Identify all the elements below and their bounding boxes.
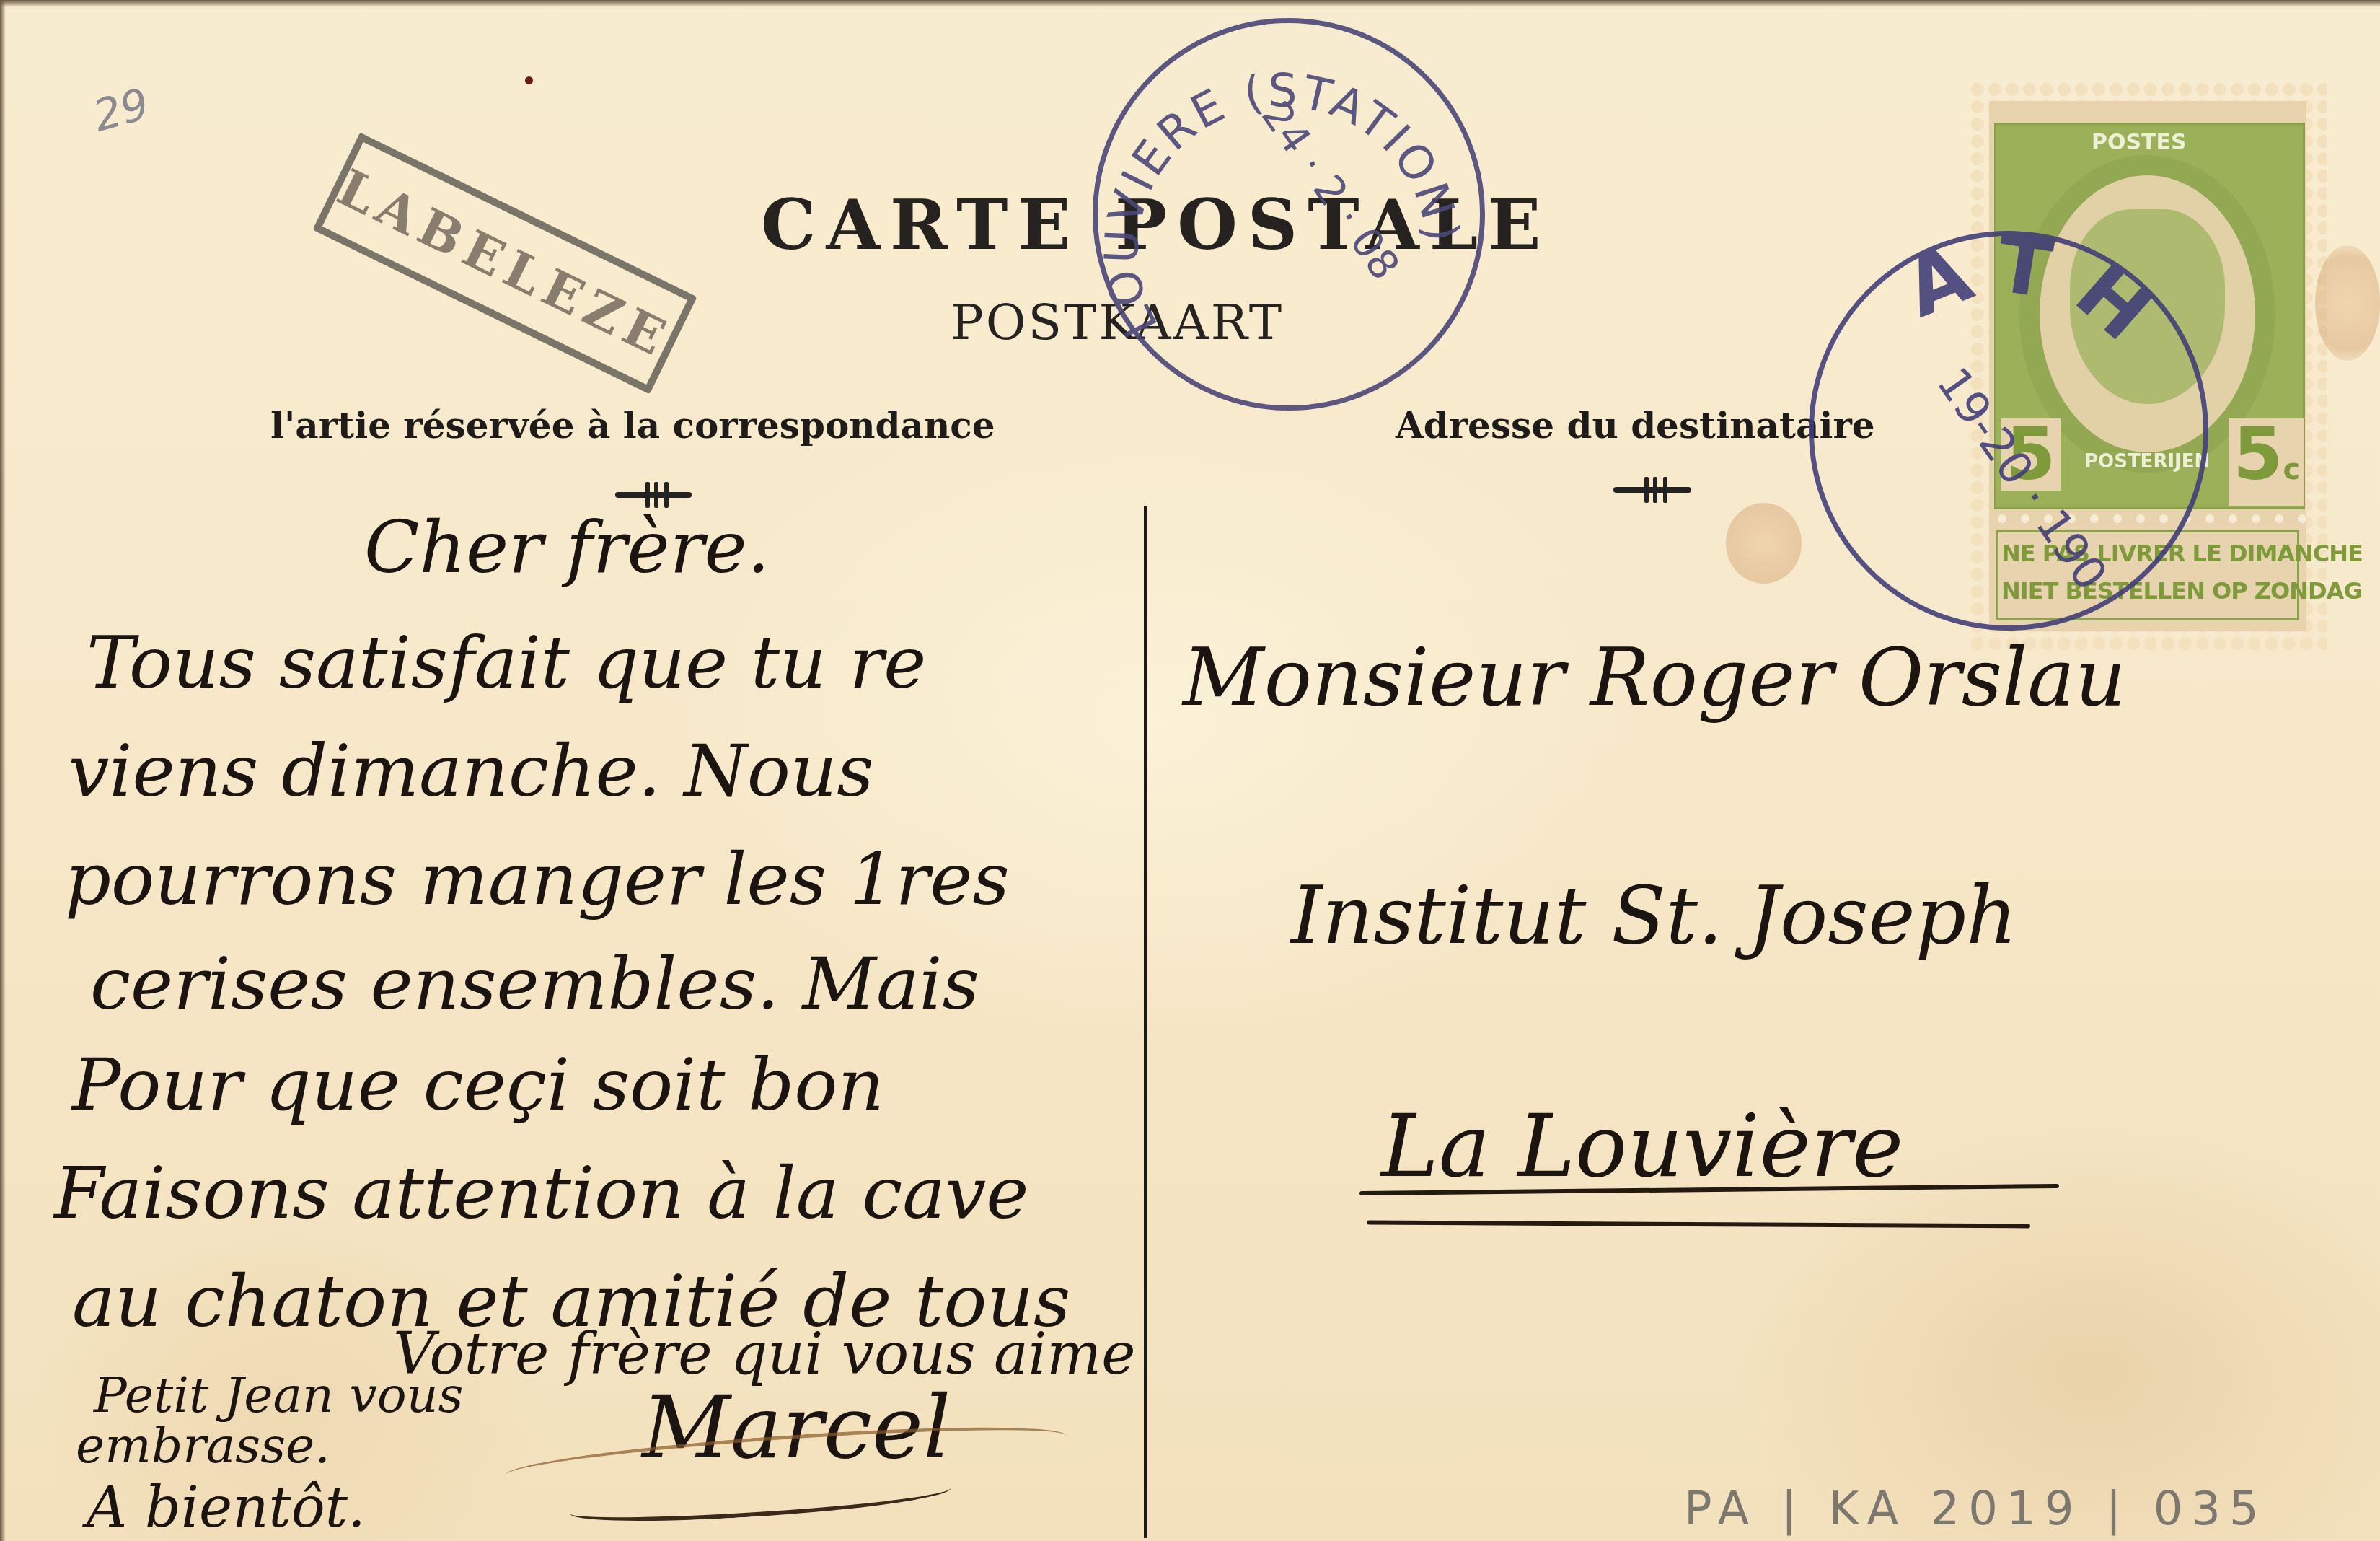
stamp-value-right: 5c	[2229, 418, 2304, 506]
card-edge-shadow-left	[0, 0, 6, 1541]
ornament-icon	[615, 492, 692, 498]
postscript-line: Petit Jean vous	[94, 1367, 463, 1424]
svg-text:ATH: ATH	[1892, 236, 2185, 373]
postscript-line: embrasse.	[76, 1418, 330, 1475]
foxing-stain	[2315, 245, 2380, 361]
address-institution: Institut St. Joseph	[1291, 869, 2017, 962]
message-line: viens dimanche. Nous	[69, 729, 874, 813]
address-header: Adresse du destinataire	[1396, 404, 1875, 447]
message-line: Faisons attention à la cave	[54, 1151, 1028, 1235]
stamp-value-number: 5	[2233, 412, 2283, 496]
card-edge-shadow-top	[0, 0, 2380, 7]
message-line: Cher frère.	[364, 505, 770, 589]
archive-reference: PA | KA 2019 | 035	[1684, 1483, 2267, 1536]
correspondence-header: l'artie réservée à la correspondance	[270, 404, 995, 447]
address-recipient: Monsieur Roger Orslau	[1183, 631, 2126, 724]
message-line: cerises ensembles. Mais	[90, 941, 979, 1026]
postscript-line: A bientôt.	[87, 1475, 366, 1540]
louviere-postmark: LOUVIERE (STATION) 24 · 2 · 08	[1093, 18, 1485, 411]
postmark-ring-text: LOUVIERE (STATION)	[1098, 23, 1480, 405]
stamp-top-text: POSTES	[2092, 130, 2187, 155]
message-line: pourrons manger les 1res	[65, 837, 1010, 921]
foxing-stain	[1726, 503, 1802, 584]
address-city: La Louvière	[1381, 1097, 1903, 1197]
ornament-icon	[1613, 487, 1691, 493]
stamp-currency: c	[2283, 453, 2301, 486]
message-line: Pour que ceçi soit bon	[72, 1042, 884, 1127]
ath-postmark: ATH 19-20 · 190	[1809, 231, 2208, 631]
postmark-town: ATH	[1892, 236, 2185, 373]
ink-dot	[525, 76, 533, 84]
message-line: Tous satisfait que tu re	[87, 620, 926, 705]
center-divider-line	[1144, 506, 1147, 1538]
